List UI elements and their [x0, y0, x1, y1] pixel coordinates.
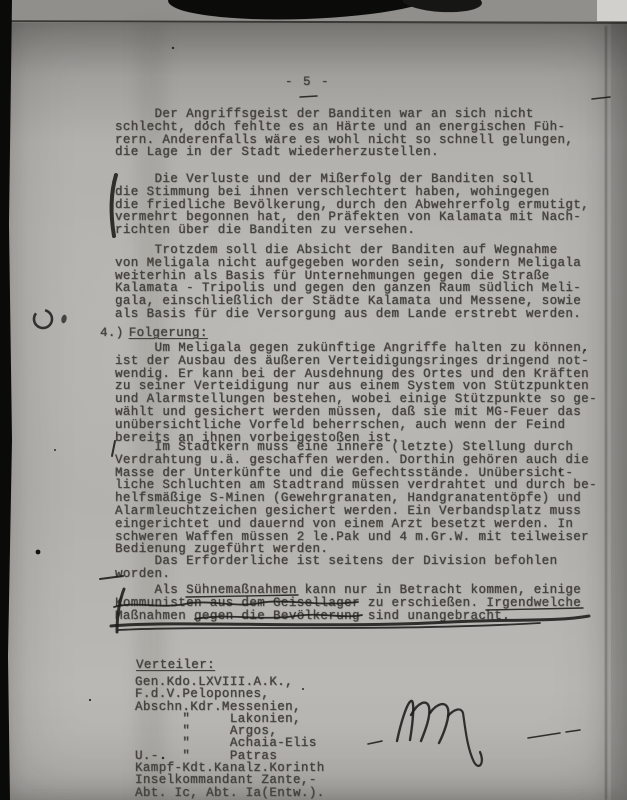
distribution-list: Gen.Kdo.LXVIII.A.K., F.d.V.Peloponnes, A… [135, 676, 325, 799]
paragraph-losses-morale: Die Verluste und der Mißerfolg der Bandi… [115, 173, 589, 237]
handwritten-signature-stroke-3 [430, 704, 448, 743]
signature-dash-2 [566, 730, 580, 732]
right-fold-crease [605, 26, 607, 800]
right-edge-shading [611, 22, 627, 800]
page-number: - 5 - [285, 76, 330, 89]
paragraph-defense-ring: Um Meligala gegen zukünftige Angriffe ha… [115, 342, 597, 444]
distribution-heading: Verteiler: [136, 659, 215, 672]
paragraph-attack-spirit: Der Angriffsgeist der Banditen war an si… [115, 108, 573, 159]
paragraph-inner-position: Im Stadtkern muss eine innere (letzte) S… [115, 441, 597, 556]
section-heading: 4.)Folgerung: [100, 327, 208, 340]
paragraph-bandit-intent: Trotzdem soll die Absicht der Banditen a… [115, 244, 581, 321]
section-number: 4.) [100, 326, 124, 340]
handwritten-signature-stroke-1 [397, 701, 413, 741]
signature-dash-1 [528, 733, 560, 738]
scanned-document-page: - 5 - Der Angriffsgeist der Banditen war… [0, 0, 627, 800]
scan-corner-highlight [597, 0, 627, 21]
hole-punch-ring [30, 306, 55, 331]
section-title: Folgerung: [129, 326, 208, 340]
signature-dash-3 [368, 741, 382, 744]
handwritten-signature-stroke-4 [448, 709, 482, 765]
scan-edge-left [0, 0, 12, 800]
ink-dot [36, 550, 41, 555]
heavy-underline-2 [118, 623, 540, 630]
paragraph-division-order: Das Erforderliche ist seitens der Divisi… [115, 555, 557, 581]
handwritten-signature-stroke-2 [411, 703, 429, 741]
hole-punch-blob [61, 314, 68, 324]
paragraph-reprisal-measures: Als Sühnemaßnahmen kann nur in Betracht … [115, 584, 581, 622]
